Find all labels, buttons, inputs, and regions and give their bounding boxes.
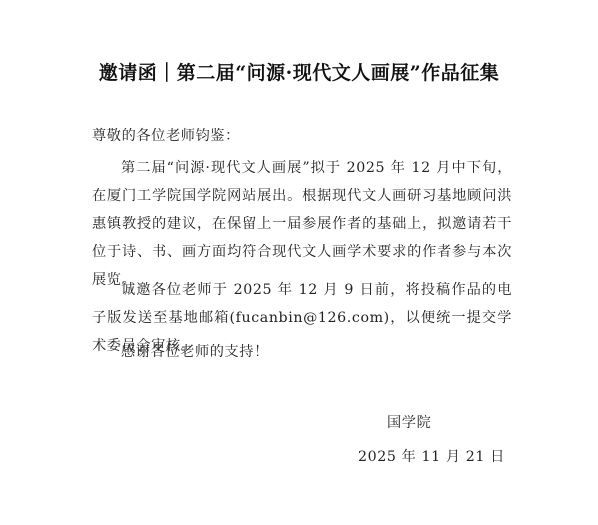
document-title: 邀请函｜第二届“问源·现代文人画展”作品征集	[0, 58, 598, 85]
paragraph-thanks: 感谢各位老师的支持！	[92, 338, 512, 366]
signature-date: 2025 年 11 月 21 日	[358, 446, 505, 466]
signature-organization: 国学院	[387, 412, 431, 432]
salutation: 尊敬的各位老师钧鉴：	[92, 122, 512, 150]
paragraph-exhibition-intro: 第二届“问源·现代文人画展”拟于 2025 年 12 月中下旬，在厦门工学院国学…	[92, 154, 512, 294]
